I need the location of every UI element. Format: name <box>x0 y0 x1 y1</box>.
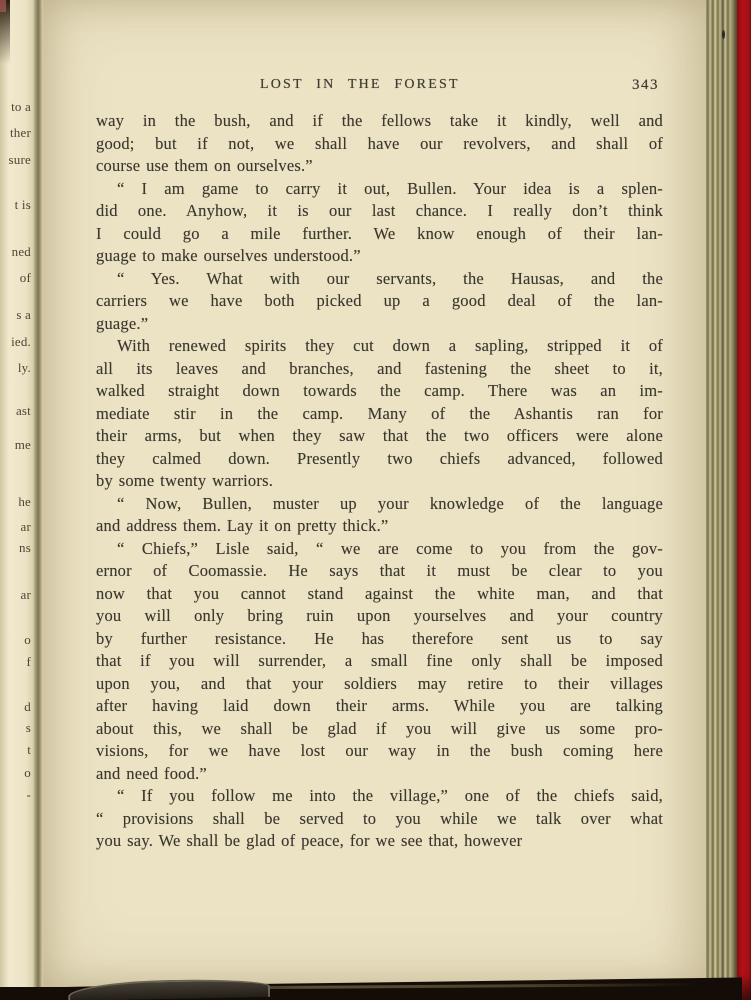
top-left-cover-glimpse <box>0 0 6 12</box>
running-header-title: LOST IN THE FOREST <box>260 77 460 93</box>
text-line: I could go a mile further. We know enoug… <box>96 223 663 246</box>
book-page: LOST IN THE FOREST 343 way in the bush, … <box>43 0 706 987</box>
text-line: way in the bush, and if the fellows take… <box>96 110 663 133</box>
facing-page-text-fragment: ly. <box>18 361 31 375</box>
text-line: and address them. Lay it on pretty thick… <box>96 515 663 538</box>
text-line: visions, for we have lost our way in the… <box>96 740 663 763</box>
facing-page-text-fragment: s a <box>16 308 31 322</box>
facing-page-text-fragment: o <box>24 633 31 647</box>
paragraph: “ Yes. What with our servants, the Hausa… <box>96 268 663 336</box>
book-cover-red <box>737 0 751 1000</box>
text-line: about this, we shall be glad if you will… <box>96 718 663 741</box>
text-line: you will only bring ruin upon yourselves… <box>96 605 663 628</box>
text-line: guage to make ourselves understood.” <box>96 245 663 268</box>
text-line: their arms, but when they saw that the t… <box>96 425 663 448</box>
text-line: did one. Anyhow, it is our last chance. … <box>96 200 663 223</box>
text-line: after having laid down their arms. While… <box>96 695 663 718</box>
text-line: “ I am game to carry it out, Bullen. You… <box>96 178 663 201</box>
page-number: 343 <box>632 77 659 94</box>
facing-page-text-fragment: of <box>20 271 31 285</box>
paragraph: way in the bush, and if the fellows take… <box>96 110 663 178</box>
text-line: “ Chiefs,” Lisle said, “ we are come to … <box>96 538 663 561</box>
facing-page-text-fragment: he <box>18 495 31 509</box>
facing-page-edge: to athersuret isnedofs aied.ly.astmehear… <box>0 0 33 987</box>
text-line: all its leaves and branches, and fasteni… <box>96 358 663 381</box>
facing-page-text-fragment: me <box>15 438 31 452</box>
text-line: walked straight down towards the camp. T… <box>96 380 663 403</box>
facing-page-text-fragment: ar <box>21 520 32 534</box>
paragraph: “ Chiefs,” Lisle said, “ we are come to … <box>96 538 663 786</box>
text-line: “ Yes. What with our servants, the Hausa… <box>96 268 663 291</box>
facing-page-text-fragment: sure <box>9 153 31 167</box>
text-line: now that you cannot stand against the wh… <box>96 583 663 606</box>
paragraph: “ If you follow me into the village,” on… <box>96 785 663 853</box>
text-line: and need food.” <box>96 763 663 786</box>
text-line: course use them on ourselves.” <box>96 155 663 178</box>
facing-page-text-fragment: t is <box>15 198 31 212</box>
facing-page-text-fragment: s <box>26 721 31 735</box>
text-line: they calmed down. Presently two chiefs a… <box>96 448 663 471</box>
paragraph: With renewed spirits they cut down a sap… <box>96 335 663 493</box>
text-line: carriers we have both picked up a good d… <box>96 290 663 313</box>
text-line: good; but if not, we shall have our revo… <box>96 133 663 156</box>
page-gutter-shadow <box>33 0 43 987</box>
text-line: “ provisions shall be served to you whil… <box>96 808 663 831</box>
facing-page-text-fragment: ar <box>21 588 32 602</box>
facing-page-text-fragment: to a <box>11 100 31 114</box>
text-line: by further resistance. He has therefore … <box>96 628 663 651</box>
facing-page-text-fragment: d <box>24 700 31 714</box>
page-text: way in the bush, and if the fellows take… <box>96 110 663 853</box>
facing-page-text-fragment: o <box>24 766 31 780</box>
text-line: “ Now, Bullen, muster up your knowledge … <box>96 493 663 516</box>
open-book-scan: to athersuret isnedofs aied.ly.astmehear… <box>0 0 751 1000</box>
paragraph: “ Now, Bullen, muster up your knowledge … <box>96 493 663 538</box>
facing-page-text-fragment: ied. <box>11 335 31 349</box>
facing-page-text-fragment: ther <box>10 126 31 140</box>
text-line: guage.” <box>96 313 663 336</box>
running-header: LOST IN THE FOREST 343 <box>43 77 706 97</box>
stacked-page-edges <box>706 0 737 988</box>
text-line: by some twenty warriors. <box>96 470 663 493</box>
facing-page-text-fragment: t <box>27 743 31 757</box>
text-line: upon you, and that your soldiers may ret… <box>96 673 663 696</box>
text-line: “ If you follow me into the village,” on… <box>96 785 663 808</box>
facing-page-text-fragment: - <box>26 788 31 802</box>
text-line: With renewed spirits they cut down a sap… <box>96 335 663 358</box>
facing-page-text-fragment: ned <box>12 245 31 259</box>
text-line: ernor of Coomassie. He says that it must… <box>96 560 663 583</box>
text-line: you say. We shall be glad of peace, for … <box>96 830 663 853</box>
paragraph: “ I am game to carry it out, Bullen. You… <box>96 178 663 268</box>
facing-page-text-fragment: f <box>26 655 31 669</box>
text-line: mediate stir in the camp. Many of the As… <box>96 403 663 426</box>
facing-page-text-fragment: ast <box>16 404 31 418</box>
facing-page-text-fragment: ns <box>19 541 31 555</box>
text-line: that if you will surrender, a small fine… <box>96 650 663 673</box>
